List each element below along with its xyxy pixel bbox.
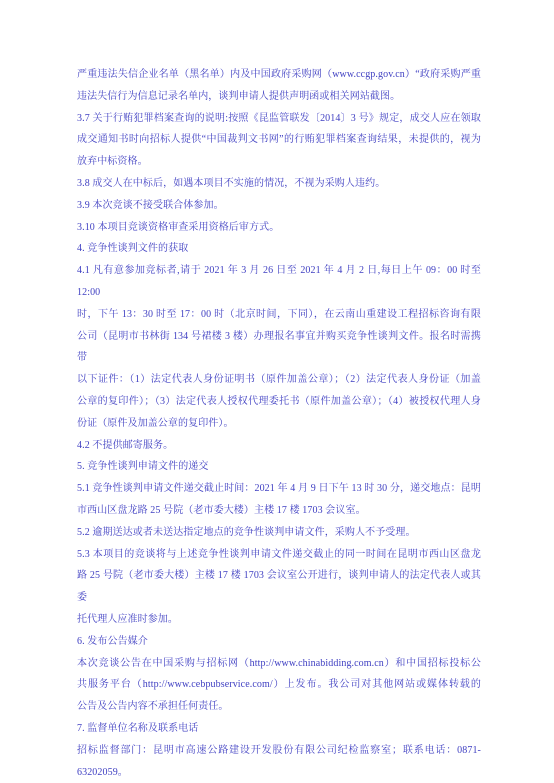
text-line: 市西山区盘龙路 25 号院（老市委大楼）主楼 17 楼 1703 会议室。 bbox=[77, 500, 481, 522]
text-line: 5.1 竞争性谈判申请文件递交截止时间：2021 年 4 月 9 日下午 13 … bbox=[77, 478, 481, 500]
text-line: 4.1 凡有意参加竞标者,请于 2021 年 3 月 26 日至 2021 年 … bbox=[77, 260, 481, 304]
text-line: 以下证件：（1）法定代表人身份证明书（原件加盖公章）；（2）法定代表人身份证（加… bbox=[77, 369, 481, 391]
text-line: 违法失信行为信息记录名单内，谈判申请人提供声明函或相关网站截图。 bbox=[77, 86, 481, 108]
text-line: 时，下午 13：30 时至 17：00 时（北京时间，下同），在云南山重建设工程… bbox=[77, 304, 481, 326]
text-line: 3.9 本次竞谈不接受联合体参加。 bbox=[77, 195, 481, 217]
document-page: 严重违法失信企业名单（黑名单）内及中国政府采购网（www.ccgp.gov.cn… bbox=[77, 64, 481, 783]
text-line: 4.2 不提供邮寄服务。 bbox=[77, 435, 481, 457]
text-line: 3.7 关于行贿犯罪档案查询的说明:按照《昆监管联发〔2014〕3 号》规定，成… bbox=[77, 108, 481, 130]
text-line: 3.8 成交人在中标后，如遇本项目不实施的情况，不视为采购人违约。 bbox=[77, 173, 481, 195]
text-line: 5. 竞争性谈判申请文件的递交 bbox=[77, 456, 481, 478]
text-line: 3.10 本项目竞谈资格审查采用资格后审方式。 bbox=[77, 217, 481, 239]
text-line: 公告及公告内容不承担任何责任。 bbox=[77, 696, 481, 718]
text-line: 成交通知书时向招标人提供“中国裁判文书网”的行贿犯罪档案查询结果，未提供的，视为 bbox=[77, 129, 481, 151]
text-line: 5.2 逾期送达或者未送达指定地点的竞争性谈判申请文件，采购人不予受理。 bbox=[77, 522, 481, 544]
text-line: 5.3 本项目的竞谈将与上述竞争性谈判申请文件递交截止的同一时间在昆明市西山区盘… bbox=[77, 544, 481, 566]
text-line: 4. 竞争性谈判文件的获取 bbox=[77, 238, 481, 260]
text-line: 共服务平台（http://www.cebpubservice.com/）上发布。… bbox=[77, 674, 481, 696]
text-line: 7. 监督单位名称及联系电话 bbox=[77, 718, 481, 740]
text-line: 招标监督部门：昆明市高速公路建设开发股份有限公司纪检监察室；联系电话：0871- bbox=[77, 740, 481, 762]
text-line: 份证（原件及加盖公章的复印件）。 bbox=[77, 413, 481, 435]
text-line: 放弃中标资格。 bbox=[77, 151, 481, 173]
text-line: 路 25 号院（老市委大楼）主楼 17 楼 1703 会议室公开进行，谈判申请人… bbox=[77, 565, 481, 609]
text-line: 严重违法失信企业名单（黑名单）内及中国政府采购网（www.ccgp.gov.cn… bbox=[77, 64, 481, 86]
text-line: 公司（昆明市书林街 134 号裙楼 3 楼）办理报名事宜并购买竞争性谈判文件。报… bbox=[77, 326, 481, 370]
text-line: 63202059。 bbox=[77, 762, 481, 783]
text-line: 托代理人应准时参加。 bbox=[77, 609, 481, 631]
text-line: 本次竞谈公告在中国采购与招标网（http://www.chinabidding.… bbox=[77, 653, 481, 675]
text-line: 公章的复印件）；（3）法定代表人授权代理委托书（原件加盖公章）；（4）被授权代理… bbox=[77, 391, 481, 413]
text-line: 6. 发布公告媒介 bbox=[77, 631, 481, 653]
